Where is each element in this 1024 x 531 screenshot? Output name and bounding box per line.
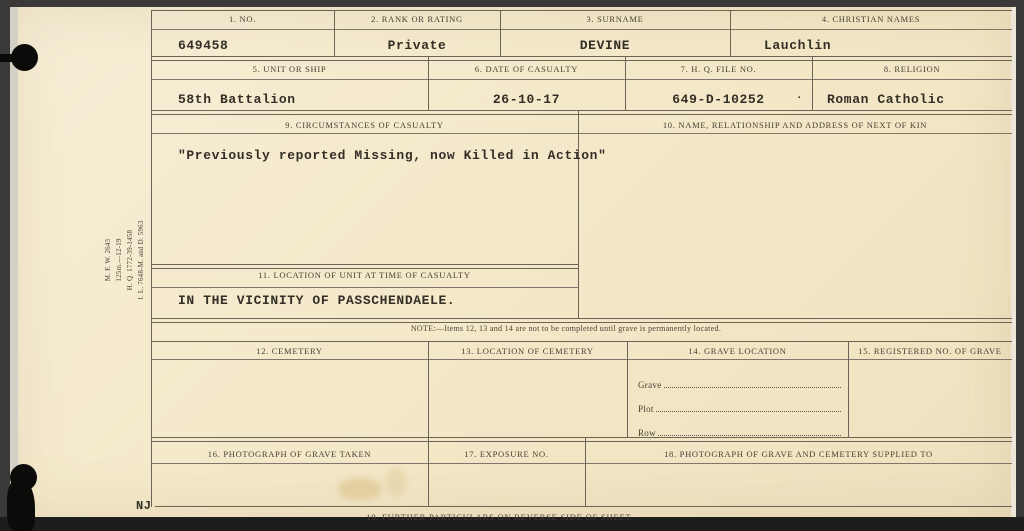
- stamp-line: H. Q. 1772-39-1458: [125, 204, 136, 316]
- rule: [151, 463, 1012, 464]
- field-cemetery-label: 12. CEMETERY: [151, 346, 428, 356]
- field-unit-value: 58th Battalion: [178, 92, 296, 107]
- stamp-line: M. F. W. 2643: [103, 204, 114, 316]
- rule: [151, 264, 578, 269]
- footer-text: 19. FURTHER PARTICULARS ON REVERSE SIDE …: [150, 512, 850, 522]
- paper-stain: [385, 468, 407, 496]
- stamp-line: 125m.—12-19: [114, 204, 125, 316]
- field-religion-value: Roman Catholic: [827, 92, 945, 107]
- grave-label: Grave: [638, 380, 662, 390]
- field-photo-taken-label: 16. PHOTOGRAPH OF GRAVE TAKEN: [151, 449, 428, 459]
- rule: [151, 359, 1012, 360]
- rule: [428, 437, 429, 507]
- field-no-value: 649458: [178, 38, 228, 53]
- field-hq-file-no-value: 649-D-10252: [625, 92, 812, 107]
- plot-label: Plot: [638, 404, 654, 414]
- form-reference-stamp: M. F. W. 2643 125m.—12-19 H. Q. 1772-39-…: [103, 204, 149, 316]
- field-religion-label: 8. RELIGION: [812, 64, 1012, 74]
- field-circumstances-value: "Previously reported Missing, now Killed…: [178, 148, 606, 163]
- field-circumstances-label: 9. CIRCUMSTANCES OF CASUALTY: [151, 120, 578, 130]
- row-entry-row: Row: [638, 423, 841, 438]
- field-grave-location-label: 14. GRAVE LOCATION: [627, 346, 848, 356]
- rule: [155, 506, 1012, 507]
- field-registered-no-label: 15. REGISTERED NO. OF GRAVE: [848, 346, 1012, 356]
- paper-stain: [338, 478, 382, 500]
- dotted-leader: [658, 435, 841, 436]
- field-unit-label: 5. UNIT OR SHIP: [151, 64, 428, 74]
- rule: [151, 287, 578, 288]
- punch-hole-top-icon: [11, 44, 38, 71]
- rule: [151, 10, 1012, 11]
- field-no-label: 1. NO.: [151, 14, 334, 24]
- rule: [578, 110, 579, 318]
- dotted-leader: [664, 387, 842, 388]
- rule: [151, 79, 1012, 80]
- field-christian-names-label: 4. CHRISTIAN NAMES: [730, 14, 1012, 24]
- field-hq-file-no-label: 7. H. Q. FILE NO.: [625, 64, 812, 74]
- field-christian-names-value: Lauchlin: [764, 38, 831, 53]
- plot-entry-row: Plot: [638, 399, 841, 414]
- grave-entry-row: Grave: [638, 375, 841, 390]
- field-surname-value: DEVINE: [500, 38, 710, 53]
- field-rank-label: 2. RANK OR RATING: [334, 14, 500, 24]
- rule: [151, 29, 1012, 30]
- rule: [151, 56, 1012, 61]
- stamp-line: I. L. 7648-M. and D. 5963: [136, 204, 147, 316]
- rule: [151, 318, 1012, 323]
- rule: [151, 341, 1012, 342]
- field-photo-supplied-label: 18. PHOTOGRAPH OF GRAVE AND CEMETERY SUP…: [585, 449, 1012, 459]
- rule: [151, 437, 1012, 442]
- field-next-of-kin-label: 10. NAME, RELATIONSHIP AND ADDRESS OF NE…: [578, 120, 1012, 130]
- field-unit-location-value: IN THE VICINITY OF PASSCHENDAELE.: [178, 293, 455, 308]
- field-unit-location-label: 11. LOCATION OF UNIT AT TIME OF CASUALTY: [151, 270, 578, 280]
- field-exposure-no-label: 17. EXPOSURE NO.: [428, 449, 585, 459]
- field-date-of-casualty-value: 26-10-17: [428, 92, 625, 107]
- page-edge-left: [10, 7, 18, 517]
- rule: [585, 437, 586, 507]
- corner-mark: NJ: [136, 499, 152, 513]
- field-date-of-casualty-label: 6. DATE OF CASUALTY: [428, 64, 625, 74]
- field-cemetery-location-label: 13. LOCATION OF CEMETERY: [428, 346, 627, 356]
- scanned-casualty-card: M. F. W. 2643 125m.—12-19 H. Q. 1772-39-…: [0, 0, 1024, 531]
- field-rank-value: Private: [334, 38, 500, 53]
- dotted-leader: [656, 411, 841, 412]
- rule: [151, 10, 152, 507]
- rule: [151, 133, 1012, 134]
- row-label: Row: [638, 428, 656, 438]
- rule: [151, 110, 1012, 115]
- stray-dot-mark: .: [796, 90, 803, 102]
- note-text: NOTE:—Items 12, 13 and 14 are not to be …: [151, 324, 981, 333]
- field-surname-label: 3. SURNAME: [500, 14, 730, 24]
